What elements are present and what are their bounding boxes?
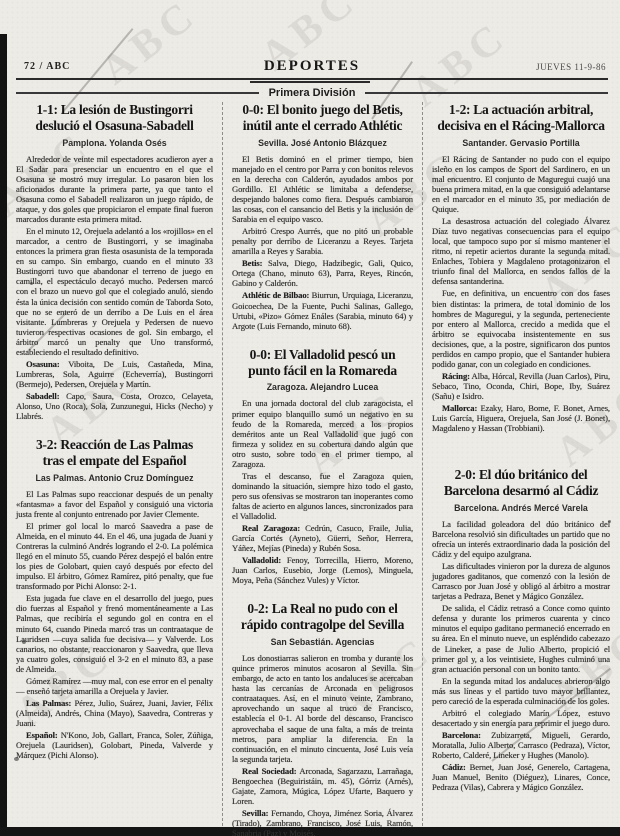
paragraph: Los donostiarras salieron en tromba y du… — [232, 653, 413, 764]
article-laspalmas-espanol: 3-2: Reacción de Las Palmas tras el empa… — [16, 437, 213, 760]
article-osasuna-sabadell: 1-1: La lesión de Bustingorri deslució e… — [16, 102, 213, 421]
column-right: 1-2: La actuación arbitral, decisiva en … — [422, 102, 610, 826]
team-lineup: Betis: Salva, Diego, Hadzibegic, Gali, Q… — [232, 258, 413, 288]
article-barcelona-cadiz: 2-0: El dúo británico del Barcelona desa… — [432, 467, 610, 792]
paragraph: Gómez Ramírez —muy mal, con ese error en… — [16, 676, 213, 696]
paragraph: Fue, en definitiva, un encuentro con dos… — [432, 288, 610, 368]
section-title: DEPORTES — [16, 58, 608, 75]
headline-line: 0-2: La Real no pudo con el — [232, 601, 413, 617]
paragraph: El Rácing de Santander no pudo con el eq… — [432, 154, 610, 214]
team-lineup: Rácing: Alba, Hórcal, Revilla (Juan Carl… — [432, 371, 610, 401]
article-byline: Las Palmas. Antonio Cruz Domínguez — [16, 473, 213, 483]
article-byline: Santander. Gervasio Portilla — [432, 138, 610, 148]
paragraph: Esta jugada fue clave en el desarrollo d… — [16, 593, 213, 673]
team-lineup: Real Sociedad: Arconada, Sagarzazu, Larr… — [232, 766, 413, 806]
team-lineup: Sabadell: Capo, Saura, Costa, Orozco, Ce… — [16, 391, 213, 421]
article-betis-athletic: 0-0: El bonito juego del Betis, inútil a… — [232, 102, 413, 331]
article-headline: 1-1: La lesión de Bustingorri deslució e… — [16, 102, 213, 134]
team-lineup: Osasuna: Viboita, De Luis, Castañeda, Mi… — [16, 359, 213, 389]
headline-line: inútil ante el cerrado Athlétic — [232, 118, 413, 134]
subsection-rule-left — [16, 92, 259, 94]
article-zaragoza-valladolid: 0-0: El Valladolid pescó un punto fácil … — [232, 347, 413, 586]
article-headline: 0-2: La Real no pudo con el rápido contr… — [232, 601, 413, 633]
article-headline: 1-2: La actuación arbitral, decisiva en … — [432, 102, 610, 134]
team-lineup: Las Palmas: Pérez, Julio, Suárez, Juani,… — [16, 698, 213, 728]
subsection-rule-right — [365, 92, 608, 94]
article-headline: 0-0: El Valladolid pescó un punto fácil … — [232, 347, 413, 379]
headline-line: 2-0: El dúo británico del — [432, 467, 610, 483]
paragraph: Arbitró Crespo Aurrés, que no pitó un pr… — [232, 226, 413, 256]
article-headline: 2-0: El dúo británico del Barcelona desa… — [432, 467, 610, 499]
team-lineup: Barcelona: Zubizarreta, Migueli, Gerardo… — [432, 730, 610, 760]
paragraph: La facilidad goleadora del dúo británico… — [432, 519, 610, 559]
team-lineup: Español: N'Kono, Job, Gallart, Franca, S… — [16, 730, 213, 760]
paragraph: En la segunda mitad los andaluces abrier… — [432, 676, 610, 706]
article-racing-mallorca: 1-2: La actuación arbitral, decisiva en … — [432, 102, 610, 433]
paragraph: Tras el descanso, fue el Zaragoza quien,… — [232, 471, 413, 521]
column-left: 1-1: La lesión de Bustingorri deslució e… — [16, 102, 222, 826]
paragraph: En una jornada doctoral del club zaragoc… — [232, 398, 413, 468]
headline-line: Barcelona desarmó al Cádiz — [432, 483, 610, 499]
article-byline: Barcelona. Andrés Mercé Varela — [432, 503, 610, 513]
paragraph: Las dificultades vinieron por la dureza … — [432, 561, 610, 601]
headline-line: 3-2: Reacción de Las Palmas — [16, 437, 213, 453]
column-middle: 0-0: El bonito juego del Betis, inútil a… — [222, 102, 422, 826]
headline-line: 0-0: El bonito juego del Betis, — [232, 102, 413, 118]
headline-line: deslució el Osasuna-Sabadell — [16, 118, 213, 134]
subsection-row: Primera División — [16, 86, 608, 100]
columns-container: 1-1: La lesión de Bustingorri deslució e… — [16, 102, 610, 826]
article-realsociedad-sevilla: 0-2: La Real no pudo con el rápido contr… — [232, 601, 413, 836]
paragraph: Arbitró el colegiado Marín López, estuvo… — [432, 708, 610, 728]
paragraph: El Betis dominó en el primer tiempo, bie… — [232, 154, 413, 224]
article-headline: 0-0: El bonito juego del Betis, inútil a… — [232, 102, 413, 134]
team-lineup: Athlétic de Bilbao: Biurrun, Urquiaga, L… — [232, 290, 413, 330]
article-byline: Sevilla. José Antonio Blázquez — [232, 138, 413, 148]
paragraph: La desastrosa actuación del colegiado Ál… — [432, 216, 610, 286]
newspaper-page-scan: ABC ABC ABC ABC ABC ABC ABC ABC ABC ABC … — [0, 0, 620, 836]
page-header: 72 / ABC DEPORTES JUEVES 11-9-86 — [16, 58, 608, 76]
section-underline — [250, 81, 370, 83]
team-lineup: Real Zaragoza: Cedrún, Casuco, Fraile, J… — [232, 523, 413, 553]
abc-watermark: ABC — [92, 0, 208, 95]
headline-line: punto fácil en la Romareda — [232, 363, 413, 379]
headline-line: decisiva en el Rácing-Mallorca — [432, 118, 610, 134]
page-date: JUEVES 11-9-86 — [536, 62, 606, 72]
headline-line: 0-0: El Valladolid pescó un — [232, 347, 413, 363]
team-lineup: Sevilla: Fernando, Choya, Jiménez Soria,… — [232, 808, 413, 836]
header-rule — [16, 78, 608, 80]
article-byline: Zaragoza. Alejandro Lucea — [232, 382, 413, 392]
paragraph: En el minuto 12, Orejuela adelantó a los… — [16, 226, 213, 357]
headline-line: 1-1: La lesión de Bustingorri — [16, 102, 213, 118]
headline-line: rápido contragolpe del Sevilla — [232, 617, 413, 633]
scan-edge-left — [0, 34, 7, 836]
paragraph: Alrededor de veinte mil espectadores acu… — [16, 154, 213, 224]
paragraph: El primer gol local lo marcó Saavedra a … — [16, 521, 213, 591]
paragraph: De salida, el Cádiz retrasó a Conce como… — [432, 603, 610, 673]
team-lineup: Valladolid: Fenoy, Torrecilla, Hierro, M… — [232, 555, 413, 585]
subsection-title: Primera División — [259, 87, 366, 99]
paragraph: El Las Palmas supo reaccionar después de… — [16, 489, 213, 519]
article-headline: 3-2: Reacción de Las Palmas tras el empa… — [16, 437, 213, 469]
team-lineup: Cádiz: Bernet, Juan José, Generelo, Cart… — [432, 762, 610, 792]
article-byline: San Sebastián. Agencias — [232, 637, 413, 647]
headline-line: 1-2: La actuación arbitral, — [432, 102, 610, 118]
headline-line: tras el empate del Español — [16, 453, 213, 469]
team-lineup: Mallorca: Ezaky, Haro, Bome, F. Bonet, A… — [432, 403, 610, 433]
article-byline: Pamplona. Yolanda Osés — [16, 138, 213, 148]
